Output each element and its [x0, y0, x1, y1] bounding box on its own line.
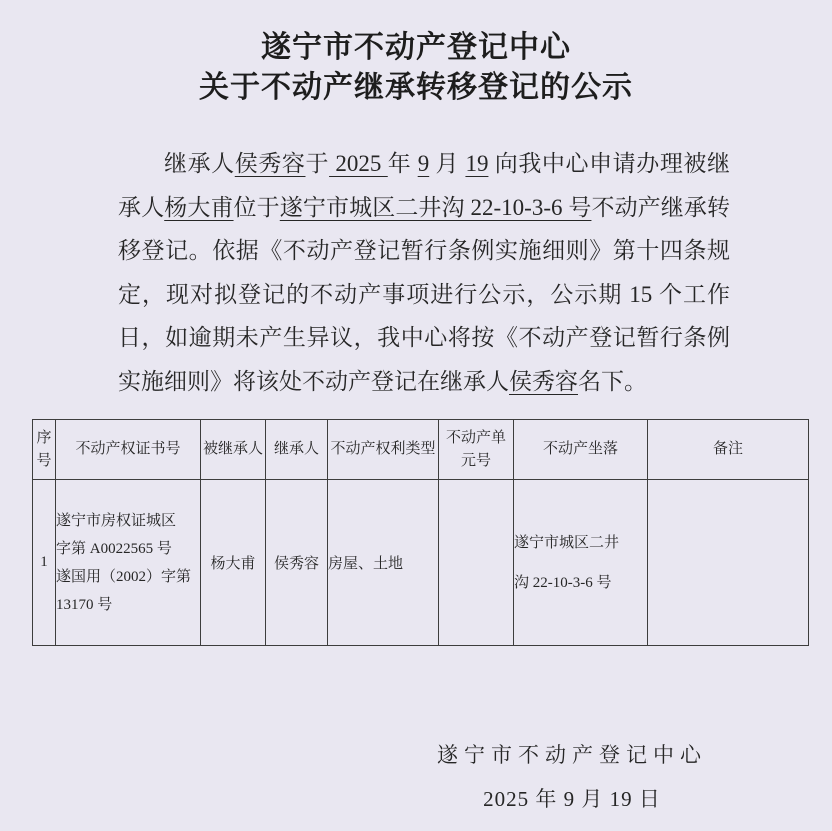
- col-header-unit-no: 不动产单元号: [439, 420, 514, 480]
- notice-paragraph: 继承人侯秀容于 2025 年 9 月 19 向我中心申请办理被继承人杨大甫位于遂…: [118, 142, 730, 403]
- month-underlined: 9: [418, 151, 430, 176]
- col-header-location: 不动产坐落: [514, 420, 648, 480]
- cell-heir: 侯秀容: [266, 480, 328, 646]
- heir-name-underlined: 侯秀容: [235, 151, 306, 176]
- col-header-cert-no: 不动产权证书号: [56, 420, 201, 480]
- year-underlined: 2025: [329, 151, 388, 176]
- decedent-name-underlined: 杨大甫: [164, 195, 233, 220]
- cell-location: 遂宁市城区二井 沟 22-10-3-6 号: [514, 480, 648, 646]
- cell-seq: 1: [33, 480, 56, 646]
- title-line-1: 遂宁市不动产登记中心: [0, 28, 832, 68]
- col-header-heir: 继承人: [266, 420, 328, 480]
- body-text-segment: 年: [388, 151, 418, 176]
- body-text-segment: 月: [429, 151, 465, 176]
- col-header-decedent: 被继承人: [201, 420, 266, 480]
- col-header-remark: 备注: [648, 420, 809, 480]
- body-text-segment: 名下。: [578, 369, 647, 394]
- col-header-seq: 序号: [33, 420, 56, 480]
- body-text-segment: 位于: [234, 195, 280, 220]
- cell-decedent: 杨大甫: [201, 480, 266, 646]
- body-text-segment: 于: [306, 151, 330, 176]
- property-address-underlined: 遂宁市城区二井沟 22-10-3-6 号: [280, 195, 592, 220]
- body-text-segment: 继承人: [164, 151, 235, 176]
- title-line-2: 关于不动产继承转移登记的公示: [0, 68, 832, 108]
- registration-table: 序号 不动产权证书号 被继承人 继承人 不动产权利类型 不动产单元号 不动产坐落…: [32, 419, 809, 646]
- signature-org-name: 遂宁市不动产登记中心: [432, 741, 712, 769]
- signature-date: 2025 年 9 月 19 日: [432, 786, 712, 812]
- cell-cert-no: 遂宁市房权证城区 字第 A0022565 号 遂国用（2002）字第 13170…: [56, 480, 201, 646]
- cell-unit-no: [439, 480, 514, 646]
- table-row: 1 遂宁市房权证城区 字第 A0022565 号 遂国用（2002）字第 131…: [33, 480, 809, 646]
- day-underlined: 19: [465, 151, 488, 176]
- body-text-segment: 不动产继承转移登记。依据《不动产登记暂行条例实施细则》第十四条规定，现对拟登记的…: [118, 195, 730, 394]
- document-title: 遂宁市不动产登记中心 关于不动产继承转移登记的公示: [0, 28, 832, 108]
- notice-document-page: 遂宁市不动产登记中心 关于不动产继承转移登记的公示 继承人侯秀容于 2025 年…: [0, 0, 832, 831]
- cell-right-type: 房屋、土地: [328, 480, 439, 646]
- col-header-right-type: 不动产权利类型: [328, 420, 439, 480]
- table-header-row: 序号 不动产权证书号 被继承人 继承人 不动产权利类型 不动产单元号 不动产坐落…: [33, 420, 809, 480]
- heir-name-underlined-2: 侯秀容: [509, 369, 578, 394]
- cell-remark: [648, 480, 809, 646]
